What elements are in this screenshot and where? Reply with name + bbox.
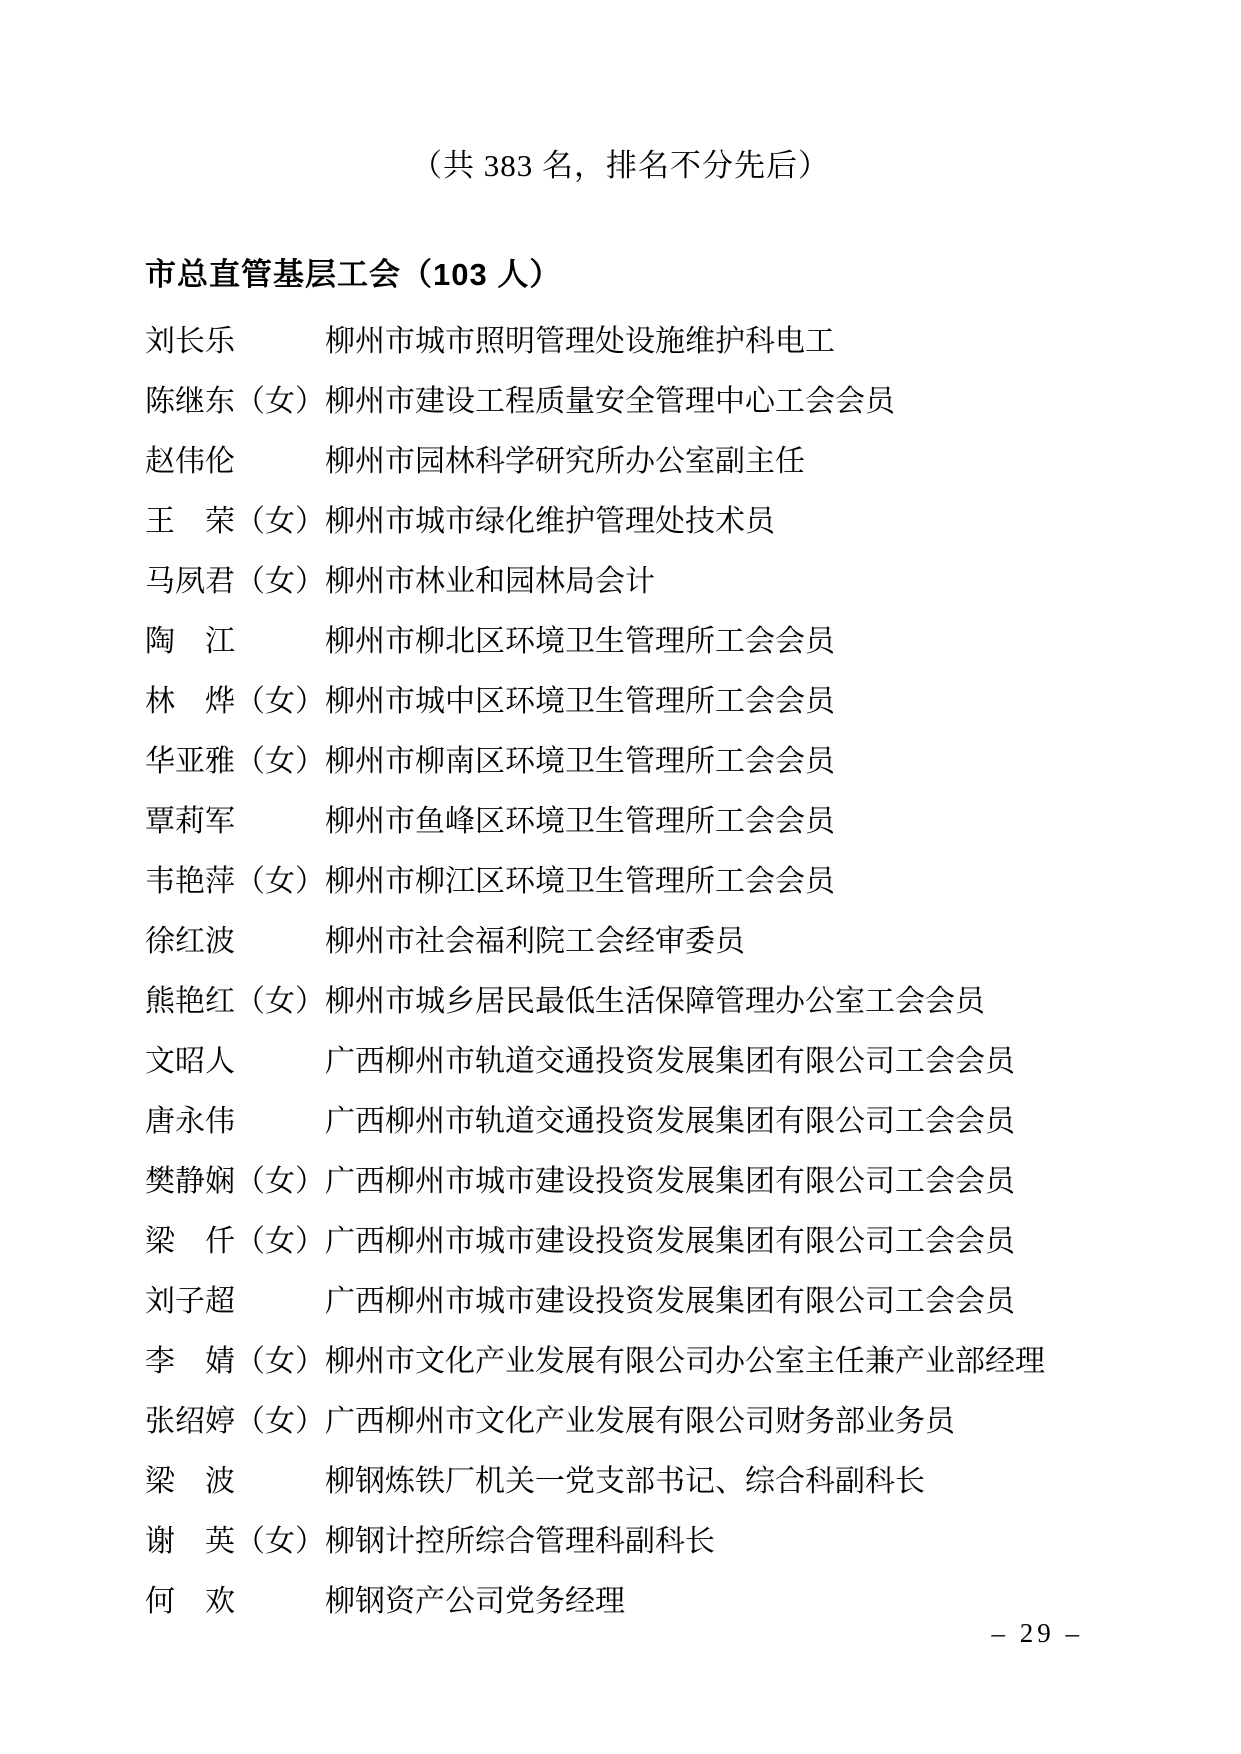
count-note: （共 383 名，排名不分先后） [0,0,1241,185]
name-cell: 刘子超 [145,1276,325,1320]
person-position: 广西柳州市城市建设投资发展集团有限公司工会会员 [325,1216,1015,1260]
person-position: 柳州市林业和园林局会计 [325,556,655,600]
person-name: 马夙君 [145,565,235,598]
name-cell: 唐永伟 [145,1096,325,1140]
gender-marker: （女） [235,685,325,718]
person-position: 柳州市园林科学研究所办公室副主任 [325,436,805,480]
roster-list: 刘长乐柳州市城市照明管理处设施维护科电工陈继东（女）柳州市建设工程质量安全管理中… [145,308,1241,1628]
gender-marker: （女） [235,1225,325,1258]
name-cell: 徐红波 [145,916,325,960]
person-position: 柳州市城乡居民最低生活保障管理办公室工会会员 [325,976,985,1020]
name-cell: 陶 江 [145,616,325,660]
person-name: 陶 江 [145,625,235,658]
person-position: 柳州市城市绿化维护管理处技术员 [325,496,775,540]
person-position: 柳钢炼铁厂机关一党支部书记、综合科副科长 [325,1456,925,1500]
person-name: 唐永伟 [145,1105,235,1138]
name-cell: 马夙君（女） [145,556,325,600]
person-position: 广西柳州市文化产业发展有限公司财务部业务员 [325,1396,955,1440]
roster-row: 熊艳红（女）柳州市城乡居民最低生活保障管理办公室工会会员 [145,968,1241,1028]
person-position: 柳钢计控所综合管理科副科长 [325,1516,715,1560]
person-name: 张绍婷 [145,1405,235,1438]
gender-marker: （女） [235,385,325,418]
page-number: – 29 – [992,1618,1084,1649]
roster-row: 马夙君（女）柳州市林业和园林局会计 [145,548,1241,608]
person-name: 梁 波 [145,1465,235,1498]
name-cell: 赵伟伦 [145,436,325,480]
roster-row: 刘长乐柳州市城市照明管理处设施维护科电工 [145,308,1241,368]
person-position: 柳州市文化产业发展有限公司办公室主任兼产业部经理 [325,1336,1045,1380]
person-name: 王 荣 [145,505,235,538]
roster-row: 覃莉军柳州市鱼峰区环境卫生管理所工会会员 [145,788,1241,848]
roster-row: 韦艳萍（女）柳州市柳江区环境卫生管理所工会会员 [145,848,1241,908]
person-name: 李 婧 [145,1345,235,1378]
roster-row: 谢 英（女）柳钢计控所综合管理科副科长 [145,1508,1241,1568]
name-cell: 李 婧（女） [145,1336,325,1380]
person-name: 徐红波 [145,925,235,958]
name-cell: 樊静娴（女） [145,1156,325,1200]
person-position: 广西柳州市城市建设投资发展集团有限公司工会会员 [325,1276,1015,1320]
gender-marker: （女） [235,1525,325,1558]
name-cell: 谢 英（女） [145,1516,325,1560]
name-cell: 文昭人 [145,1036,325,1080]
person-position: 广西柳州市轨道交通投资发展集团有限公司工会会员 [325,1036,1015,1080]
roster-row: 唐永伟广西柳州市轨道交通投资发展集团有限公司工会会员 [145,1088,1241,1148]
roster-row: 王 荣（女）柳州市城市绿化维护管理处技术员 [145,488,1241,548]
name-cell: 林 烨（女） [145,676,325,720]
roster-row: 樊静娴（女）广西柳州市城市建设投资发展集团有限公司工会会员 [145,1148,1241,1208]
roster-row: 张绍婷（女）广西柳州市文化产业发展有限公司财务部业务员 [145,1388,1241,1448]
person-position: 柳州市城中区环境卫生管理所工会会员 [325,676,835,720]
person-name: 覃莉军 [145,805,235,838]
person-name: 文昭人 [145,1045,235,1078]
gender-marker: （女） [235,865,325,898]
roster-row: 梁 波柳钢炼铁厂机关一党支部书记、综合科副科长 [145,1448,1241,1508]
person-name: 赵伟伦 [145,445,235,478]
roster-row: 梁 仟（女）广西柳州市城市建设投资发展集团有限公司工会会员 [145,1208,1241,1268]
gender-marker: （女） [235,745,325,778]
person-position: 柳州市建设工程质量安全管理中心工会会员 [325,376,895,420]
name-cell: 陈继东（女） [145,376,325,420]
person-name: 林 烨 [145,685,235,718]
person-name: 何 欢 [145,1585,235,1618]
person-position: 柳州市柳南区环境卫生管理所工会会员 [325,736,835,780]
person-name: 樊静娴 [145,1165,235,1198]
name-cell: 王 荣（女） [145,496,325,540]
person-name: 刘子超 [145,1285,235,1318]
gender-marker: （女） [235,505,325,538]
gender-marker: （女） [235,1165,325,1198]
roster-row: 文昭人广西柳州市轨道交通投资发展集团有限公司工会会员 [145,1028,1241,1088]
name-cell: 梁 波 [145,1456,325,1500]
name-cell: 覃莉军 [145,796,325,840]
section-heading: 市总直管基层工会（103 人） [145,249,1241,294]
gender-marker: （女） [235,1405,325,1438]
roster-row: 陈继东（女）柳州市建设工程质量安全管理中心工会会员 [145,368,1241,428]
name-cell: 刘长乐 [145,316,325,360]
person-position: 柳州市柳江区环境卫生管理所工会会员 [325,856,835,900]
person-position: 柳州市鱼峰区环境卫生管理所工会会员 [325,796,835,840]
roster-row: 华亚雅（女）柳州市柳南区环境卫生管理所工会会员 [145,728,1241,788]
roster-row: 林 烨（女）柳州市城中区环境卫生管理所工会会员 [145,668,1241,728]
gender-marker: （女） [235,1345,325,1378]
roster-row: 刘子超广西柳州市城市建设投资发展集团有限公司工会会员 [145,1268,1241,1328]
name-cell: 梁 仟（女） [145,1216,325,1260]
roster-row: 陶 江柳州市柳北区环境卫生管理所工会会员 [145,608,1241,668]
person-position: 柳州市柳北区环境卫生管理所工会会员 [325,616,835,660]
person-position: 柳钢资产公司党务经理 [325,1576,625,1620]
person-name: 刘长乐 [145,325,235,358]
name-cell: 华亚雅（女） [145,736,325,780]
document-page: （共 383 名，排名不分先后） 市总直管基层工会（103 人） 刘长乐柳州市城… [0,0,1241,1754]
name-cell: 何 欢 [145,1576,325,1620]
person-name: 熊艳红 [145,985,235,1018]
person-name: 韦艳萍 [145,865,235,898]
person-position: 柳州市社会福利院工会经审委员 [325,916,745,960]
person-position: 广西柳州市城市建设投资发展集团有限公司工会会员 [325,1156,1015,1200]
gender-marker: （女） [235,985,325,1018]
person-position: 广西柳州市轨道交通投资发展集团有限公司工会会员 [325,1096,1015,1140]
name-cell: 韦艳萍（女） [145,856,325,900]
person-name: 梁 仟 [145,1225,235,1258]
roster-row: 李 婧（女）柳州市文化产业发展有限公司办公室主任兼产业部经理 [145,1328,1241,1388]
name-cell: 张绍婷（女） [145,1396,325,1440]
person-name: 陈继东 [145,385,235,418]
person-name: 谢 英 [145,1525,235,1558]
roster-row: 徐红波柳州市社会福利院工会经审委员 [145,908,1241,968]
name-cell: 熊艳红（女） [145,976,325,1020]
gender-marker: （女） [235,565,325,598]
person-position: 柳州市城市照明管理处设施维护科电工 [325,316,835,360]
person-name: 华亚雅 [145,745,235,778]
roster-row: 赵伟伦柳州市园林科学研究所办公室副主任 [145,428,1241,488]
